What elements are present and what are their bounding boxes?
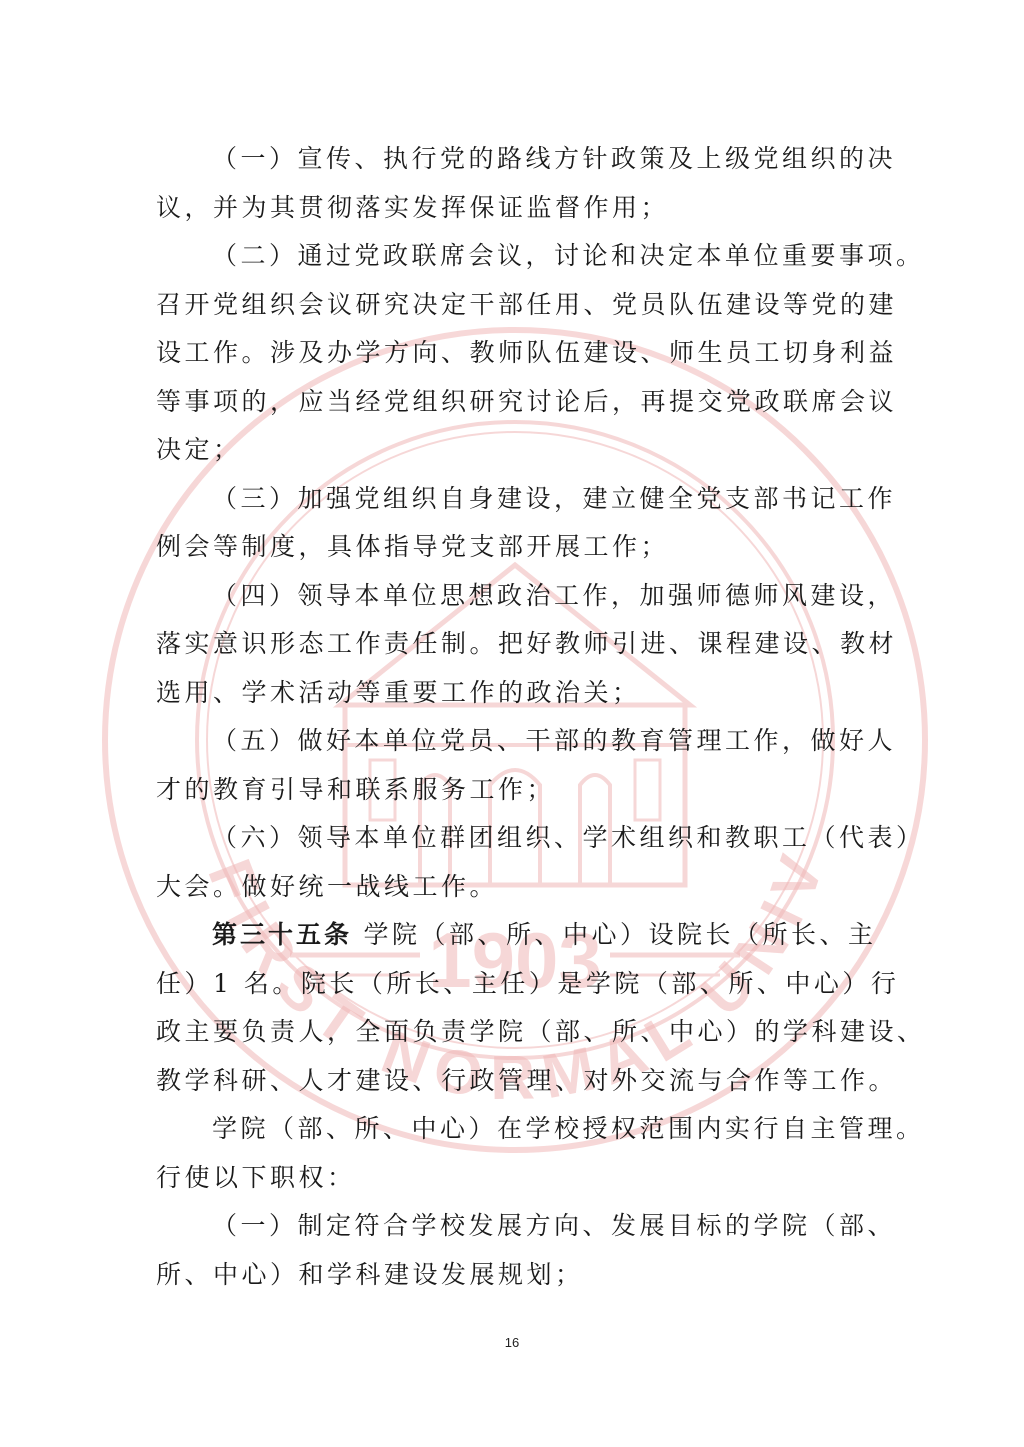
text-line: （三）加强党组织自身建设，建立健全党支部书记工作 [156,475,868,524]
document-body: （一）宣传、执行党的路线方针政策及上级党组织的决 议，并为其贯彻落实发挥保证监督… [156,135,868,1299]
text-line: 任）1 名。院长（所长、主任）是学院（部、所、中心）行 [156,960,868,1009]
text-line: （一）宣传、执行党的路线方针政策及上级党组织的决 [156,135,868,184]
text-line: 议，并为其贯彻落实发挥保证监督作用； [156,184,868,233]
text-line: 决定； [156,426,868,475]
text-line: 教学科研、人才建设、行政管理、对外交流与合作等工作。 [156,1057,868,1106]
page-number: 16 [0,1335,1024,1350]
text-line: （一）制定符合学校发展方向、发展目标的学院（部、 [156,1202,868,1251]
text-line: 例会等制度，具体指导党支部开展工作； [156,523,868,572]
text-line: （四）领导本单位思想政治工作，加强师德师风建设， [156,572,868,621]
text-line: 召开党组织会议研究决定干部任用、党员队伍建设等党的建 [156,281,868,330]
text-line: 才的教育引导和联系服务工作； [156,766,868,815]
text-line: （二）通过党政联席会议，讨论和决定本单位重要事项。 [156,232,868,281]
text-line: 政主要负责人，全面负责学院（部、所、中心）的学科建设、 [156,1008,868,1057]
text-line: 选用、学术活动等重要工作的政治关； [156,669,868,718]
text-line: （五）做好本单位党员、干部的教育管理工作，做好人 [156,717,868,766]
text-line: 所、中心）和学科建设发展规划； [156,1251,868,1300]
article-line: 第三十五条 学院（部、所、中心）设院长（所长、主 [156,911,868,960]
text-line: 落实意识形态工作责任制。把好教师引进、课程建设、教材 [156,620,868,669]
text-line: （六）领导本单位群团组织、学术组织和教职工（代表） [156,814,868,863]
article-heading: 第三十五条 [212,920,352,949]
text-line: 行使以下职权： [156,1154,868,1203]
text-line: 等事项的，应当经党组织研究讨论后，再提交党政联席会议 [156,378,868,427]
document-page: 1903 HUNAN FIRST NORMAL UNIVERSITY （一）宣传… [0,0,1024,1447]
text-line: 学院（部、所、中心）在学校授权范围内实行自主管理。 [156,1105,868,1154]
text-line: 设工作。涉及办学方向、教师队伍建设、师生员工切身利益 [156,329,868,378]
text-line: 大会。做好统一战线工作。 [156,863,868,912]
article-text: 学院（部、所、中心）设院长（所长、主 [352,920,876,949]
